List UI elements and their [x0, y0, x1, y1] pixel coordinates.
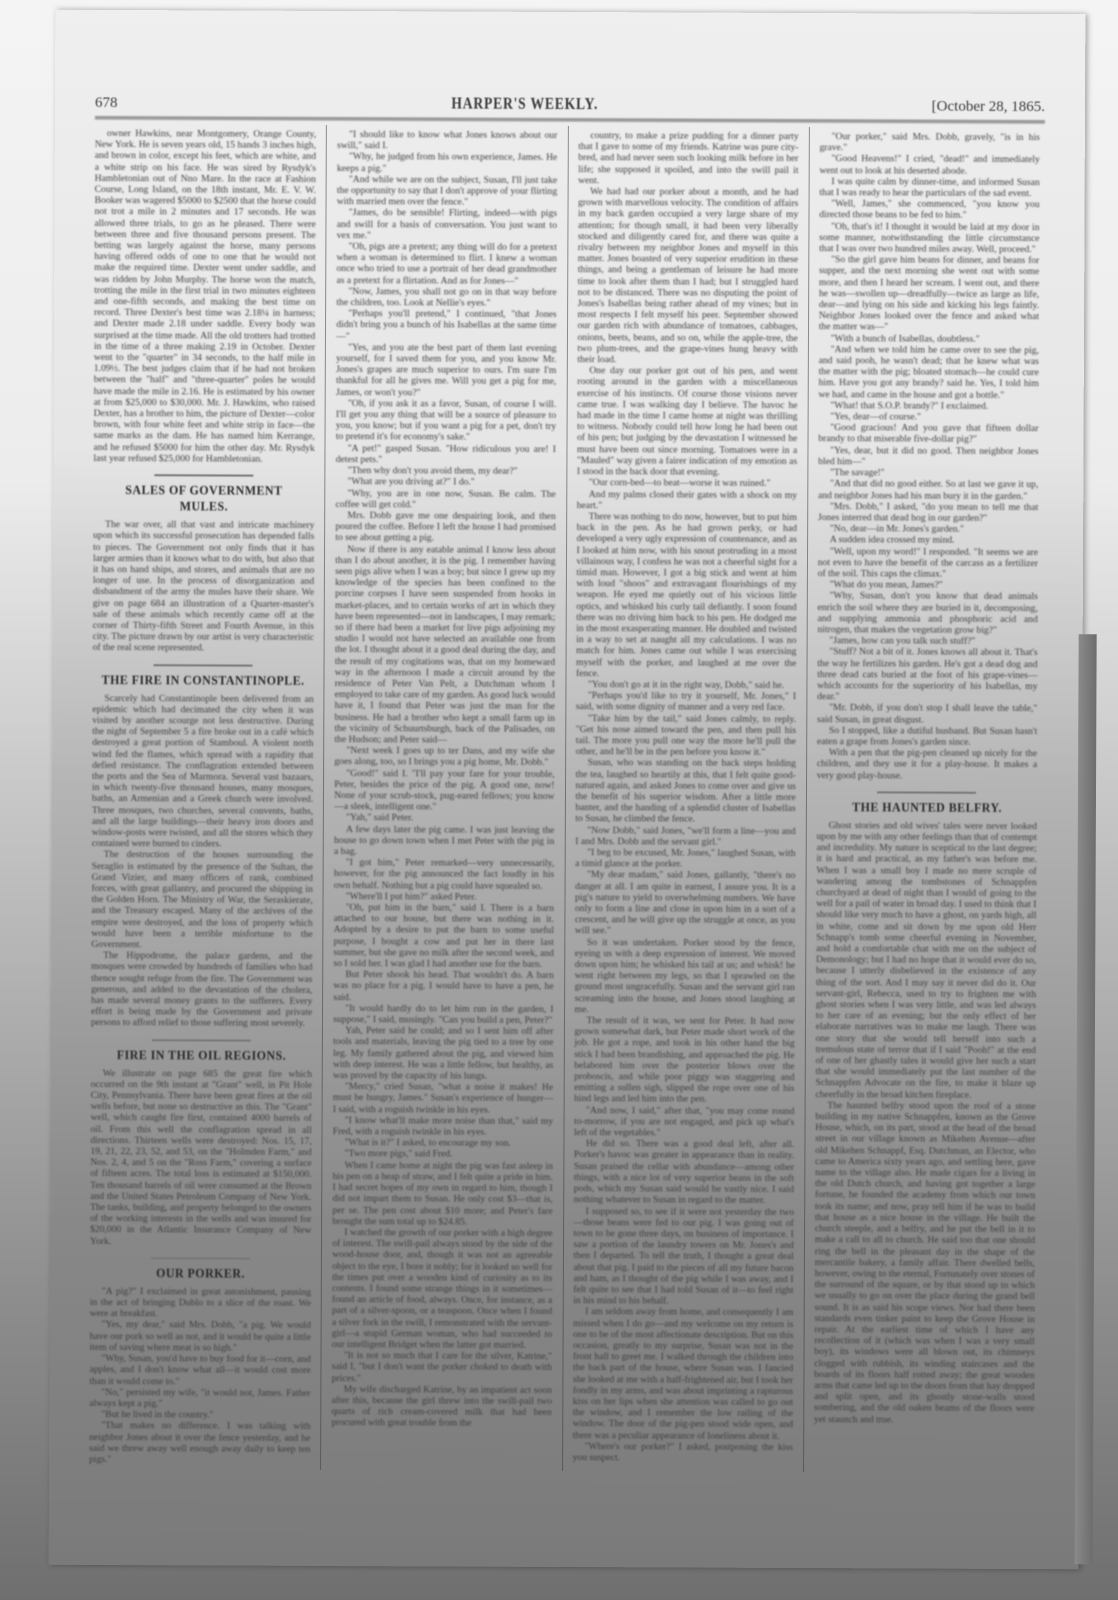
article-paragraph: "Next week I goes up to ter Dans, and my… — [334, 745, 554, 768]
article-paragraph: "And when we told him he came over to se… — [818, 344, 1038, 401]
article-paragraph: "Stuff? Not a bit of it. Jones knows all… — [817, 646, 1037, 703]
column-3: country, to make a prize pudding for a d… — [562, 126, 809, 1472]
article-paragraph: "I got him," Peter remarked—very unneces… — [334, 857, 554, 892]
article-paragraph: With a pen that the pig-pen cleaned up n… — [817, 747, 1037, 782]
article-paragraph: The Hippodrome, the palace gardens, and … — [91, 950, 313, 1029]
section-heading: THE FIRE IN CONSTANTINOPLE. — [101, 671, 305, 688]
masthead-rule — [95, 116, 1045, 124]
article-paragraph: There was nothing to do now, however, bu… — [576, 511, 797, 680]
article-paragraph: "Perhaps you'd like to try it yourself, … — [576, 690, 796, 713]
article-paragraph: The destruction of the houses surroundin… — [91, 849, 313, 951]
article-paragraph: Ghost stories and old wives' tales were … — [815, 820, 1036, 1101]
article-paragraph: The war over, all that vast and intricat… — [93, 519, 315, 654]
article-paragraph: "Oh, if you ask it as a favor, Susan, of… — [336, 398, 556, 444]
article-paragraph: But Peter shook his head. That wouldn't … — [333, 969, 553, 1004]
article-paragraph: "Why, you are in one now, Susan. Be calm… — [335, 487, 555, 510]
article-paragraph: owner Hawkins, near Montgomery, Orange C… — [93, 128, 316, 465]
article-paragraph: "Good!" said I. "I'll pay your fare for … — [334, 768, 554, 814]
article-paragraph: "No, dear—in Mr. Jones's garden." — [818, 523, 1038, 535]
article-paragraph: "No," persisted my wife, "it would not, … — [89, 1387, 310, 1410]
article-paragraph: "And now, I said," after that, "you may … — [574, 1105, 794, 1140]
article-paragraph: "Oh, that's it! I thought it would be la… — [819, 221, 1039, 256]
article-paragraph: "Mr. Dobb, if you don't stop I shall lea… — [817, 702, 1037, 725]
article-paragraph: "That makes no difference. I was talking… — [89, 1420, 310, 1466]
article-paragraph: "But he lived in the country." — [89, 1409, 310, 1421]
section-divider — [154, 474, 254, 476]
article-paragraph: "Good gracious! And you gave that fiftee… — [818, 422, 1038, 445]
article-paragraph: Now if there is any eatable animal I kno… — [334, 544, 555, 747]
article-paragraph: "What do you mean, James?" — [818, 579, 1038, 591]
article-paragraph: "Perhaps you'll pretend," I continued, "… — [336, 308, 556, 343]
article-paragraph: So I stopped, like a dutiful husband. Bu… — [817, 725, 1037, 748]
article-paragraph: A few days later the pig came. I was jus… — [334, 824, 554, 859]
article-paragraph: "Mercy," cried Susan, "what a noise it m… — [333, 1081, 553, 1116]
article-paragraph: "James, how can you talk such stuff?" — [817, 635, 1037, 647]
article-paragraph: We had had our porker about a month, and… — [577, 186, 798, 366]
newspaper-page: 678 HARPER'S WEEKLY. [October 28, 1865. … — [49, 10, 1086, 1569]
article-paragraph: "Where's our porker?" I asked, postponin… — [573, 1441, 793, 1464]
page-number: 678 — [95, 95, 118, 112]
article-paragraph: One day our porker got out of his pen, a… — [577, 365, 798, 478]
article-paragraph: "Well, upon my word!" I responded. "It s… — [818, 546, 1038, 581]
section-divider — [153, 664, 253, 666]
article-paragraph: "I should like to know what Jones knows … — [337, 129, 557, 152]
article-paragraph: We illustrate on page 685 the great fire… — [90, 1068, 312, 1248]
article-paragraph: "Yes, and you ate the best part of them … — [336, 342, 556, 399]
article-paragraph: "Two more pigs," said Fred. — [333, 1148, 553, 1160]
article-paragraph: "You don't go at it in the right way, Do… — [576, 679, 796, 691]
column-1: owner Hawkins, near Montgomery, Orange C… — [79, 124, 326, 1470]
column-2: "I should like to know what Jones knows … — [320, 125, 567, 1471]
article-paragraph: He did so. There was a good deal left, a… — [574, 1138, 795, 1206]
article-paragraph: "Now, James, you shall not go on in that… — [336, 286, 556, 309]
section-heading: OUR PORKER. — [99, 1265, 303, 1282]
article-paragraph: "Then why don't you avoid them, my dear?… — [336, 465, 556, 477]
article-paragraph: "Mrs. Dobb," I asked, "do you mean to te… — [818, 501, 1038, 524]
section-heading: FIRE IN THE OIL REGIONS. — [100, 1047, 304, 1064]
article-paragraph: Susan, who was standing on the back step… — [575, 757, 796, 825]
article-paragraph: "With a bunch of Isabellas, doubtless." — [819, 333, 1039, 345]
article-paragraph: I supposed so, to see if it were not yes… — [573, 1206, 794, 1308]
article-paragraph: "What is it?" I asked, to encourage my s… — [333, 1137, 553, 1149]
article-paragraph: "Where'll I put him?" asked Peter. — [334, 891, 554, 903]
article-paragraph: When I came home at night the pig was fa… — [332, 1160, 553, 1228]
section-divider — [877, 791, 976, 793]
article-paragraph: "Yah," said Peter. — [334, 812, 554, 824]
article-paragraph: I was quite calm by dinner-time, and inf… — [819, 176, 1039, 199]
article-paragraph: "A pig?" I exclaimed in great astonishme… — [90, 1286, 311, 1321]
article-paragraph: "I beg to be excused, Mr. Jones," laughe… — [575, 847, 795, 870]
article-paragraph: The haunted belfry stood upon the roof o… — [814, 1100, 1036, 1426]
article-paragraph: "Why, Susan, don't you know that dead an… — [817, 590, 1037, 636]
article-paragraph: "Take him by the tail," said Jones calml… — [576, 713, 796, 759]
article-paragraph: "What! that S.O.P. brandy?" I exclaimed. — [818, 400, 1038, 412]
article-paragraph: country, to make a prize pudding for a d… — [578, 130, 798, 187]
section-divider — [152, 1039, 252, 1041]
article-paragraph: "Oh, pigs are a pretext; any thing will … — [336, 241, 556, 287]
section-heading: THE HAUNTED BELFRY. — [825, 799, 1028, 816]
article-paragraph: "Yes, my dear," said Mrs. Dobb, "a pig. … — [90, 1319, 311, 1354]
article-paragraph: "I know what'll make more noise than tha… — [333, 1115, 553, 1138]
article-paragraph: "Our corn-bed—to beat—worse it was ruine… — [577, 477, 797, 489]
article-paragraph: "The savage!" — [818, 467, 1038, 479]
article-paragraph: "Our porker," said Mrs. Dobb, gravely, "… — [820, 131, 1040, 154]
article-paragraph: "James, do be sensible! Flirting, indeed… — [337, 207, 557, 242]
section-divider — [151, 1257, 251, 1259]
section-heading: SALES OF GOVERNMENT MULES. — [102, 482, 306, 515]
article-paragraph: The result of it was, we sent for Peter.… — [574, 1015, 795, 1106]
masthead: 678 HARPER'S WEEKLY. [October 28, 1865. — [95, 82, 1045, 116]
article-paragraph: Mrs. Dobb gave me one despairing look, a… — [335, 510, 555, 545]
article-paragraph: "And while we are on the subject, Susan,… — [337, 174, 557, 209]
article-paragraph: "So the girl gave him beans for dinner, … — [819, 254, 1040, 333]
article-paragraph: So it was undertaken. Porker stood by th… — [575, 937, 796, 1016]
article-paragraph: "Why, Susan, you'd have to buy food for … — [89, 1353, 310, 1388]
article-paragraph: "Yes, dear, but it did no good. Then nei… — [818, 445, 1038, 468]
article-paragraph: A sudden idea crossed my mind. — [818, 534, 1038, 546]
article-paragraph: "Now Dobb," said Jones, "we'll form a li… — [575, 825, 795, 848]
article-paragraph: Scarcely had Constantinople been deliver… — [92, 692, 314, 850]
article-paragraph: "It is not so much that I care for the s… — [332, 1350, 552, 1385]
article-paragraph: And my palms closed their gates with a s… — [577, 489, 797, 512]
publication-title: HARPER'S WEEKLY. — [451, 93, 598, 114]
article-paragraph: "And that did no good either. So at last… — [818, 478, 1038, 501]
article-paragraph: "What are you driving at?" I do." — [336, 476, 556, 488]
article-paragraph: My wife discharged Katrine, by an impati… — [331, 1384, 551, 1430]
article-paragraph: I watched the growth of our porker with … — [332, 1227, 553, 1351]
article-paragraph: "Why, he judged from his own experience,… — [337, 151, 557, 174]
article-paragraph: Yah, Peter said he could; and so I sent … — [333, 1025, 553, 1082]
article-paragraph: "Well, James," she commenced, "you know … — [819, 198, 1039, 221]
article-columns: owner Hawkins, near Montgomery, Orange C… — [79, 124, 1050, 1473]
article-paragraph: "Good Heavens!" I cried, "dead!" and imm… — [819, 154, 1039, 177]
article-paragraph: I am seldom away from home, and conseque… — [573, 1306, 794, 1441]
issue-date: [October 28, 1865. — [932, 99, 1045, 116]
article-paragraph: "Yes, dear—of course." — [818, 411, 1038, 423]
article-paragraph: "Oh, put him in the barn," said I. There… — [333, 902, 554, 970]
article-paragraph: "A pet!" gasped Susan. "How ridiculous y… — [336, 443, 556, 466]
article-paragraph: "It would hardly do to let him run in th… — [333, 1003, 553, 1026]
article-paragraph: "My dear madam," said Jones, gallantly, … — [575, 869, 796, 937]
column-4: "Our porker," said Mrs. Dobb, gravely, "… — [803, 127, 1050, 1473]
